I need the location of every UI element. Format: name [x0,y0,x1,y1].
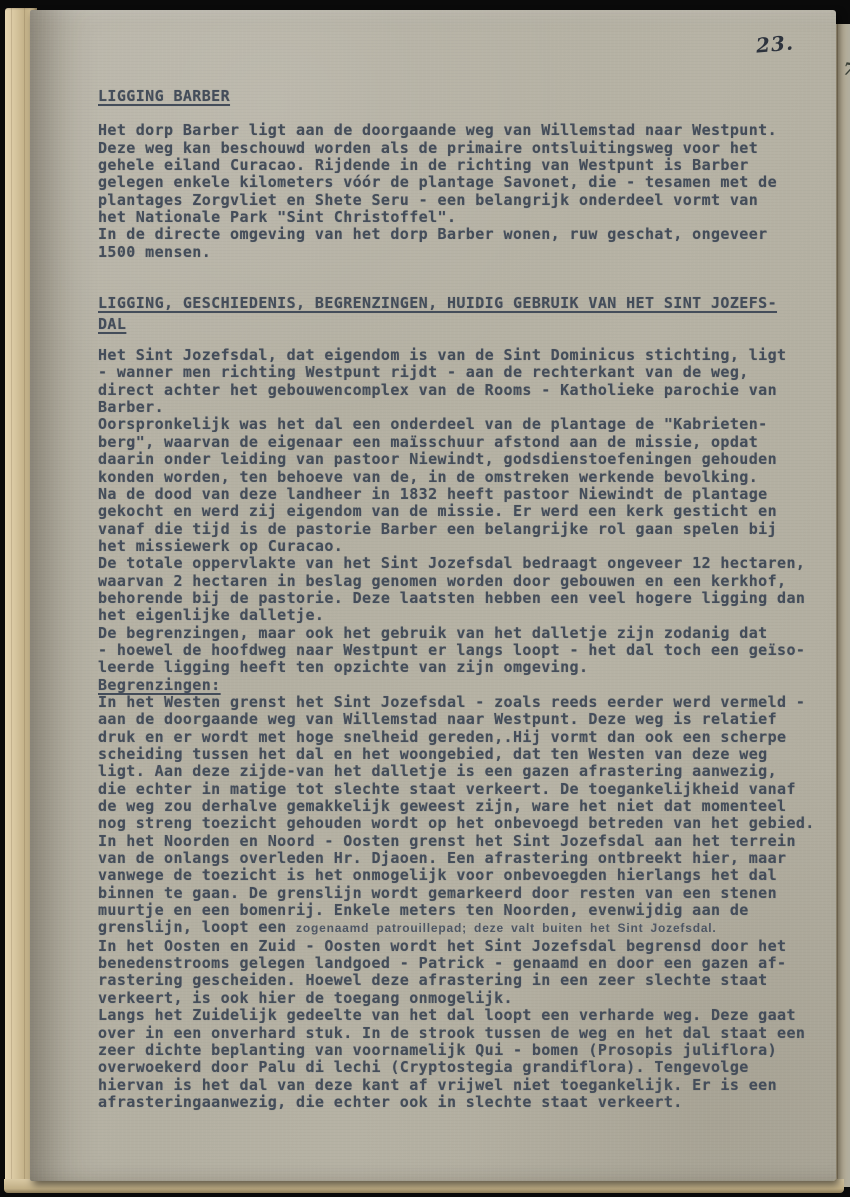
paragraph-jozefsdal-intro: Het Sint Jozefsdal, dat eigendom is van … [98,347,830,677]
heading-ligging-barber: LIGGING BARBER [98,88,830,105]
inserted-patrouillepad-note: zogenaamd patrouillepad; deze valt buite… [296,921,717,935]
subheading-begrenzingen-label: Begrenzingen: [98,677,221,694]
handwritten-page-number: 23. [755,30,795,57]
page-content: LIGGING BARBER Het dorp Barber ligt aan … [98,88,830,1111]
document-page: 23. LIGGING BARBER Het dorp Barber ligt … [30,10,836,1181]
begrenzingen-west-noord-text: In het Westen grenst het Sint Jozefsdal … [98,693,815,936]
paragraph-begrenzingen: In het Westen grenst het Sint Jozefsdal … [98,694,830,1111]
subheading-begrenzingen: Begrenzingen: [98,677,830,694]
heading-sint-jozefsdal: LIGGING, GESCHIEDENIS, BEGRENZINGEN, HUI… [98,293,830,335]
adjacent-page-number-partial: 7 [842,59,850,80]
section-ligging-barber: LIGGING BARBER Het dorp Barber ligt aan … [98,88,830,261]
paragraph-barber: Het dorp Barber ligt aan de doorgaande w… [98,122,830,261]
begrenzingen-oost-zuid-text: In het Oosten en Zuid - Oosten wordt het… [98,937,805,1111]
page-stack-bottom [4,1179,844,1193]
section-sint-jozefsdal: LIGGING, GESCHIEDENIS, BEGRENZINGEN, HUI… [98,293,830,1111]
